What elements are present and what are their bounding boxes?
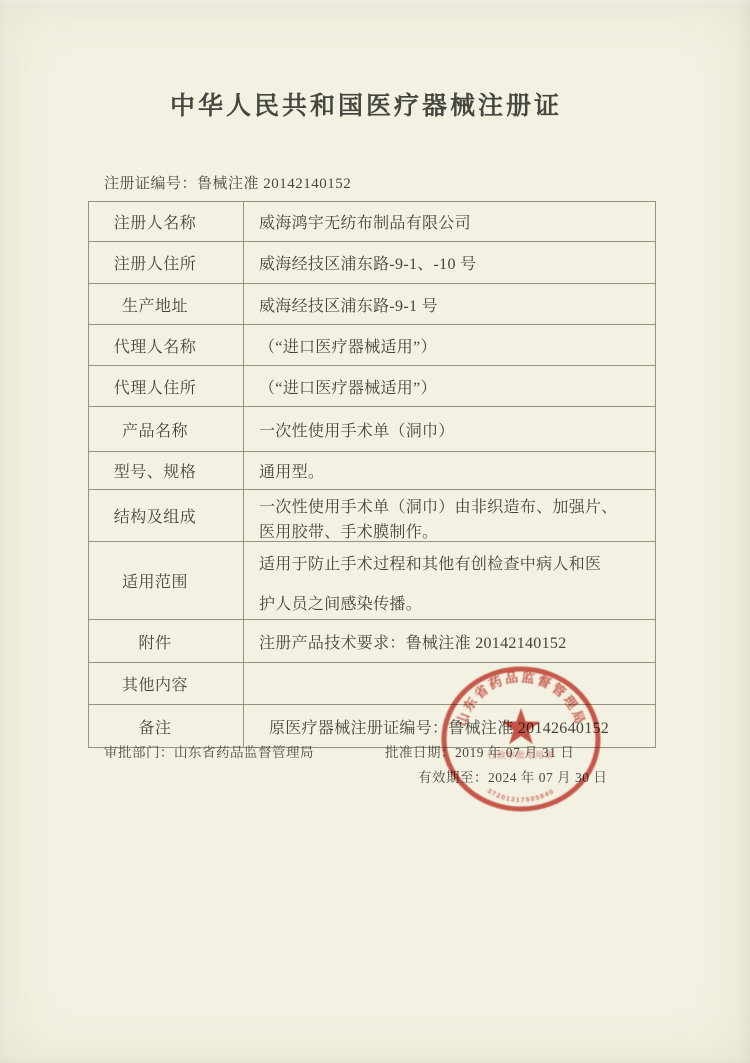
- row-label: 生产地址: [89, 284, 244, 324]
- certificate-number-line: 注册证编号：鲁械注准 20142140152: [104, 172, 351, 193]
- row-value: 适用于防止手术过程和其他有创检查中病人和医护人员之间感染传播。: [244, 542, 655, 619]
- valid-until-date: 有效期至：2024 年 07 月 30 日: [418, 766, 607, 786]
- row-label: 代理人住所: [89, 366, 244, 406]
- row-label: 适用范围: [89, 542, 244, 619]
- row-label: 附件: [89, 620, 244, 662]
- table-row: 代理人名称 （“进口医疗器械适用”）: [89, 324, 655, 365]
- table-row: 注册人住所 威海经技区浦东路-9-1、-10 号: [89, 241, 655, 283]
- row-value: 通用型。: [244, 452, 655, 489]
- row-value: [244, 663, 655, 704]
- table-row: 其他内容: [89, 662, 655, 704]
- row-label: 其他内容: [89, 663, 244, 704]
- row-label: 型号、规格: [89, 452, 244, 489]
- row-label: 代理人名称: [89, 325, 244, 365]
- table-row: 型号、规格 通用型。: [89, 451, 655, 489]
- registration-table: 注册人名称 威海鸿宇无纺布制品有限公司 注册人住所 威海经技区浦东路-9-1、-…: [88, 201, 656, 748]
- row-value: 威海经技区浦东路-9-1 号: [244, 284, 655, 324]
- row-value: 一次性使用手术单（洞巾）由非织造布、加强片、医用胶带、手术膜制作。: [244, 490, 655, 541]
- table-row: 产品名称 一次性使用手术单（洞巾）: [89, 406, 655, 451]
- approval-date: 批准日期：2019 年 07 月 31 日: [385, 741, 574, 761]
- row-label: 产品名称: [89, 407, 244, 451]
- row-value: 威海经技区浦东路-9-1、-10 号: [244, 242, 655, 283]
- row-label: 结构及组成: [89, 490, 244, 541]
- row-value: 威海鸿宇无纺布制品有限公司: [244, 202, 655, 241]
- row-value: （“进口医疗器械适用”）: [244, 366, 655, 406]
- row-value: 一次性使用手术单（洞巾）: [244, 407, 655, 451]
- certificate-number-value: 鲁械注准 20142140152: [197, 176, 351, 192]
- row-label: 注册人名称: [89, 202, 244, 241]
- table-row: 生产地址 威海经技区浦东路-9-1 号: [89, 283, 655, 324]
- table-row: 注册人名称 威海鸿宇无纺布制品有限公司: [89, 202, 655, 241]
- row-value: 注册产品技术要求：鲁械注准 20142140152: [244, 620, 655, 662]
- certificate-document: 中华人民共和国医疗器械注册证 注册证编号：鲁械注准 20142140152 注册…: [0, 0, 750, 1063]
- page-title: 中华人民共和国医疗器械注册证: [0, 86, 732, 122]
- row-label: 注册人住所: [89, 242, 244, 283]
- certificate-number-label: 注册证编号：: [104, 176, 197, 192]
- table-row: 适用范围 适用于防止手术过程和其他有创检查中病人和医护人员之间感染传播。: [89, 541, 655, 619]
- approval-department: 审批部门：山东省药品监督管理局: [104, 741, 314, 761]
- table-row: 附件 注册产品技术要求：鲁械注准 20142140152: [89, 619, 655, 662]
- seal-serial-number: 37201317505840: [486, 788, 556, 804]
- table-row: 结构及组成 一次性使用手术单（洞巾）由非织造布、加强片、医用胶带、手术膜制作。: [89, 489, 655, 541]
- table-row: 代理人住所 （“进口医疗器械适用”）: [89, 365, 655, 406]
- row-value: （“进口医疗器械适用”）: [244, 325, 655, 365]
